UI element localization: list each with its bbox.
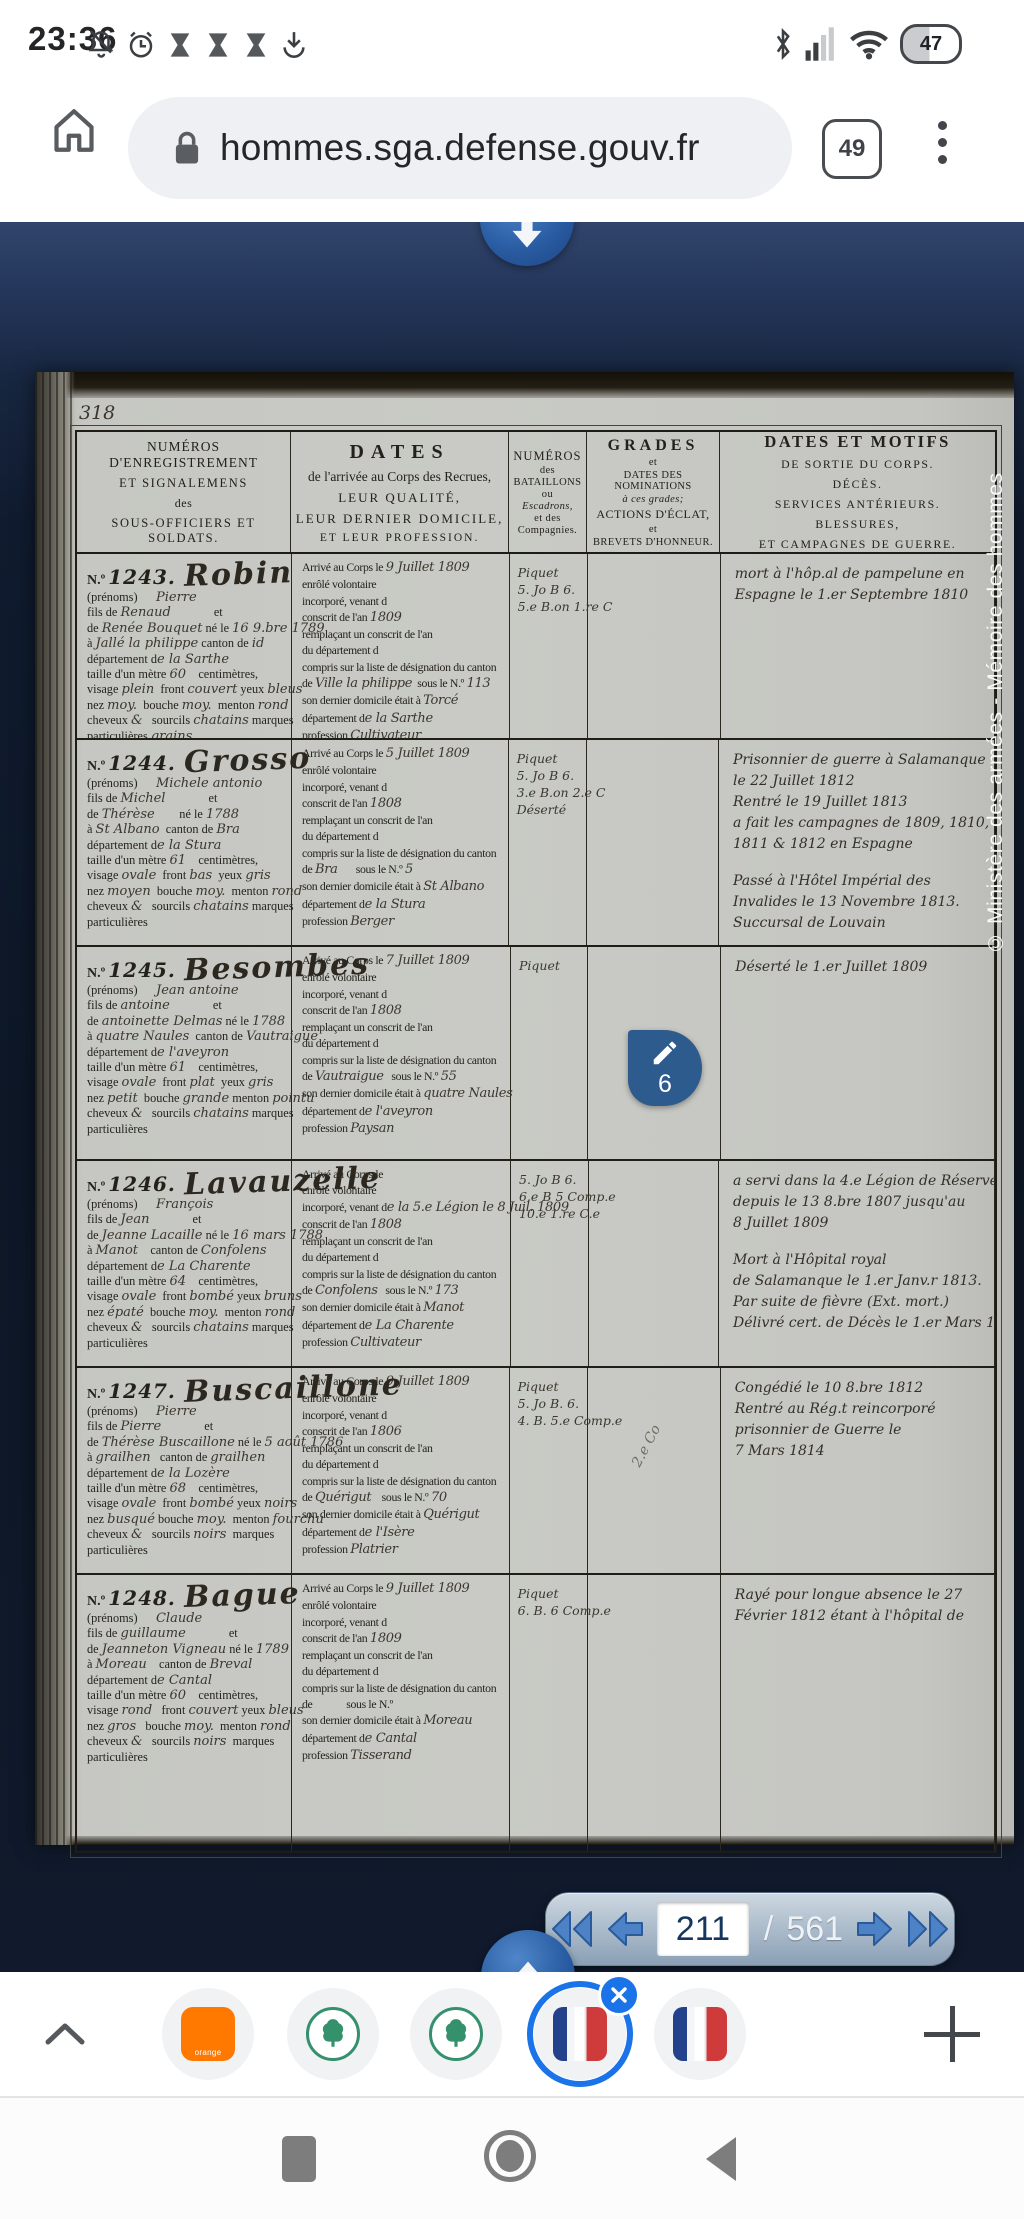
close-tab-button[interactable] <box>598 1974 640 2016</box>
printed-text: sourcils <box>143 1106 194 1120</box>
annotation-marker-button[interactable]: 6 <box>628 1030 702 1106</box>
handwritten-text: St Albano <box>423 879 484 894</box>
register-line: cheveux & sourcils chatains marques <box>87 899 287 914</box>
register-line: département de l'Isère <box>302 1524 505 1541</box>
printed-text: profession <box>302 728 350 738</box>
printed-text: taille d'un mètre <box>87 853 169 867</box>
printed-text: département d <box>302 711 365 725</box>
printed-text: et <box>161 1419 213 1433</box>
entry-heading: N.º1243.Robin <box>87 557 287 590</box>
status-bar: 23:36 <box>0 0 1024 75</box>
tab-strip: orange <box>0 1972 1024 2096</box>
header-line: DÉCÈS. <box>833 477 883 492</box>
handwritten-text: Tisserand <box>350 1748 411 1763</box>
handwritten-text: Renaud <box>120 605 170 620</box>
printed-text: conscrit de l'an <box>302 610 370 624</box>
register-line: de Bra sous le N.º 5 <box>302 861 504 878</box>
handwritten-text: id <box>252 636 264 651</box>
register-header: NUMÉROS D'ENREGISTREMENTET SIGNALEMENSde… <box>77 432 995 554</box>
notification-icons <box>86 26 308 64</box>
register-line: particulières <box>87 1543 287 1558</box>
handwritten-text: Bra <box>315 862 337 877</box>
menu-button[interactable] <box>938 121 947 164</box>
handwritten-text: Jallé la philippe <box>96 636 199 651</box>
handwritten-text: e la Stura <box>157 838 221 853</box>
home-button[interactable] <box>46 99 102 155</box>
handwritten-text: e la Sarthe <box>365 711 433 726</box>
handwritten-text: 1788 <box>206 807 239 822</box>
handwritten-text: busqué <box>107 1512 155 1527</box>
printed-text: fils de <box>87 791 120 805</box>
handwritten-text: Confolens <box>201 1243 267 1258</box>
tree-icon <box>438 2016 474 2052</box>
handwritten-note: Passé à l'Hôtel Impérial des <box>733 871 988 892</box>
printed-text: né le <box>222 1014 252 1028</box>
entry-exit-cell: Prisonnier de guerre à Salamanquele 22 J… <box>719 740 995 945</box>
printed-text: canton de <box>160 822 217 836</box>
url-text: hommes.sga.defense.gouv.fr <box>220 127 700 169</box>
printed-text: centimètres, <box>186 1481 258 1495</box>
handwritten-note: Délivré cert. de Décès le 1.er Mars 1817… <box>733 1313 988 1334</box>
register-line: cheveux & sourcils noirs marques <box>87 1734 287 1749</box>
entry-exit-cell: mort à l'hôp.al de pampelune enEspagne l… <box>721 554 995 738</box>
handwritten-text: grailhen <box>210 1450 265 1465</box>
printed-text: du département d <box>302 829 378 843</box>
register-line: de Jeanne Lacaille né le 16 mars 1788 <box>87 1228 287 1243</box>
handwritten-text: noirs <box>193 1734 226 1749</box>
printed-text: département d <box>87 1259 157 1273</box>
printed-text: particulières <box>87 1336 148 1350</box>
handwritten-text: e l'aveyron <box>365 1104 433 1119</box>
new-tab-button[interactable] <box>922 2004 982 2064</box>
printed-text: conscrit de l'an <box>302 1217 370 1231</box>
register-line: de antoinette Delmas né le 1788 <box>87 1014 287 1029</box>
recents-button[interactable] <box>282 2136 316 2182</box>
entry-number: 1246. <box>108 1172 176 1196</box>
tab-count: 49 <box>839 135 866 163</box>
register-line: cheveux & sourcils chatains marques <box>87 1320 287 1335</box>
entry-battalion-cell: Piquet5. Jo B. 6.4. B. 5.e Comp.e <box>510 1368 588 1573</box>
page-top-edge <box>35 372 1014 398</box>
printed-text: visage <box>87 1703 122 1717</box>
register-line: incorporé, venant de la 5.e Légion le 8 … <box>302 1199 506 1216</box>
printed-text: marques <box>249 713 294 727</box>
printed-text: visage <box>87 1289 122 1303</box>
printed-text: particulières <box>87 1122 148 1136</box>
handwritten-text: moy. <box>189 1305 219 1320</box>
printed-text: son dernier domicile était à <box>302 1507 423 1521</box>
alarm-icon <box>126 28 156 62</box>
handwritten-text: ovale <box>122 1075 157 1090</box>
printed-text: de <box>87 1642 102 1656</box>
register-line: département de la Stura <box>302 896 504 913</box>
printed-text: incorporé, venant d <box>302 1200 387 1214</box>
printed-text: du département d <box>302 1250 378 1264</box>
handwritten-text: Cultivateur <box>350 1335 421 1350</box>
printed-text: compris sur la liste de désignation du c… <box>302 1053 496 1067</box>
handwritten-text: 9 Juillet 1809 <box>386 560 470 575</box>
register-row: N.º1245.Besombes(prénoms) Jean antoinefi… <box>77 945 995 1159</box>
printed-text: et <box>165 791 217 805</box>
entry-exit-cell: Déserté le 1.er Juillet 1809 <box>721 947 995 1159</box>
hourglass-icon <box>242 28 270 62</box>
memoire-des-hommes-logo-icon <box>673 2007 727 2061</box>
header-col3: NUMÉROSdesBATAILLONSouEscadrons,et desCo… <box>509 432 587 552</box>
tree-icon <box>315 2016 351 2052</box>
handwritten-text: gris <box>245 868 270 883</box>
register-line: compris sur la liste de désignation du c… <box>302 845 504 861</box>
handwritten-text: e Cantal <box>365 1731 417 1746</box>
tab-thumbnail-tree-1[interactable] <box>287 1988 379 2080</box>
printed-text: nez <box>87 1719 107 1733</box>
printed-text: profession <box>302 914 350 928</box>
printed-text: son dernier domicile était à <box>302 693 423 707</box>
register-line: particulières grains <box>87 729 287 738</box>
printed-text: sous le N.º <box>412 676 466 690</box>
printed-text: nez <box>87 698 107 712</box>
register-line: incorporé, venant d <box>302 593 505 609</box>
handwritten-text: 1788 <box>252 1014 285 1029</box>
printed-text: département d <box>87 652 157 666</box>
handwritten-text: gris <box>248 1075 273 1090</box>
entry-identity-cell: N.º1248.Bague(prénoms) Claudefils de gui… <box>77 1575 292 1851</box>
last-page-button[interactable] <box>907 1909 949 1949</box>
printed-text: département d <box>302 1731 365 1745</box>
printed-text: bouche <box>138 1091 183 1105</box>
tab-counter-button[interactable]: 49 <box>822 119 882 179</box>
printed-text: bouche <box>136 1719 184 1733</box>
printed-text: compris sur la liste de désignation du c… <box>302 1267 496 1281</box>
register-line: département de la Stura <box>87 838 287 853</box>
handwritten-text: 60 <box>169 1688 186 1703</box>
header-line: BLESSURES, <box>815 517 900 532</box>
header-line: Escadrons, <box>522 501 573 512</box>
handwritten-note: 7 Mars 1814 <box>735 1441 988 1462</box>
handwritten-text: bombé <box>189 1496 234 1511</box>
handwritten-note: 3.e B.on 2.e C <box>517 784 584 801</box>
printed-text: front <box>152 1703 188 1717</box>
handwritten-text: Manot <box>423 1300 464 1315</box>
handwritten-text: gros <box>107 1719 136 1734</box>
register-line: particulières <box>87 1750 287 1765</box>
register-line: fils de Jean et <box>87 1212 287 1227</box>
handwritten-text: plat <box>189 1075 214 1090</box>
printed-text: et <box>186 1626 238 1640</box>
printed-text: né le <box>226 1642 256 1656</box>
entry-battalion-cell: Piquet6. B. 6 Comp.e <box>510 1575 588 1851</box>
register-line: remplaçant un conscrit de l'an <box>302 1647 505 1663</box>
printed-text: yeux <box>212 868 245 882</box>
printed-text: remplaçant un conscrit de l'an <box>302 1234 433 1248</box>
handwritten-note: mort à l'hôp.al de pampelune en <box>735 564 988 585</box>
address-bar[interactable]: hommes.sga.defense.gouv.fr <box>128 97 792 199</box>
entry-battalion-cell: Piquet <box>511 947 588 1159</box>
register-line: taille d'un mètre 60 centimètres, <box>87 667 287 682</box>
entry-number: 1245. <box>108 958 176 982</box>
entry-exit-cell: a servi dans la 4.e Légion de Réservedep… <box>719 1161 995 1366</box>
tab-thumbnail-tree-2[interactable] <box>410 1988 502 2080</box>
handwritten-text: rond <box>265 1305 296 1320</box>
register-line: incorporé, venant d <box>302 986 506 1002</box>
register-line: Arrivé au Corps le 9 Juillet 1809 <box>302 559 505 576</box>
bell-muted-icon <box>86 28 116 62</box>
printed-text: front <box>156 868 189 882</box>
register-line: taille d'un mètre 60 centimètres, <box>87 1688 287 1703</box>
entry-number-label: N.º <box>87 1180 105 1195</box>
register-line: remplaçant un conscrit de l'an <box>302 1440 505 1456</box>
printed-text: bouche <box>155 1512 197 1526</box>
handwritten-note: Rentré le 19 Juillet 1813 <box>733 792 988 813</box>
printed-text: de <box>87 807 102 821</box>
register-line: compris sur la liste de désignation du c… <box>302 1266 506 1282</box>
handwritten-text: St Albano <box>96 822 160 837</box>
printed-text: son dernier domicile était à <box>302 879 423 893</box>
printed-text: nez <box>87 1091 107 1105</box>
printed-text: à <box>87 822 96 836</box>
orange-logo-icon: orange <box>181 2007 235 2061</box>
printed-text: (prénoms) <box>87 1197 156 1211</box>
register-line: profession Cultivateur <box>302 1334 506 1351</box>
register-line: département de la Sarthe <box>87 652 287 667</box>
printed-text: front <box>154 682 187 696</box>
entry-surname: Bague <box>183 1576 301 1615</box>
register-line: taille d'un mètre 61 centimètres, <box>87 1060 287 1075</box>
handwritten-note: prisonnier de Guerre le <box>735 1420 988 1441</box>
printed-text: compris sur la liste de désignation du c… <box>302 846 496 860</box>
header-line: DATES <box>349 441 449 464</box>
handwritten-text: Moreau <box>423 1713 472 1728</box>
header-line: et <box>649 524 657 535</box>
handwritten-text: 55 <box>441 1069 457 1084</box>
header-line: et des <box>534 513 561 524</box>
entry-number-label: N.º <box>87 759 105 774</box>
printed-text: nez <box>87 884 107 898</box>
signal-icon <box>804 26 838 62</box>
header-line: DATES DES NOMINATIONS <box>590 470 716 492</box>
printed-text: (prénoms) <box>87 590 156 604</box>
printed-text: département d <box>87 1045 157 1059</box>
entry-number: 1243. <box>108 565 176 589</box>
printed-text: taille d'un mètre <box>87 667 169 681</box>
handwritten-note: Prisonnier de guerre à Salamanque <box>733 750 988 771</box>
previous-page-button[interactable] <box>606 1909 644 1949</box>
header-line: et <box>649 457 657 468</box>
printed-text: bouche <box>144 1305 189 1319</box>
battery-percent: 47 <box>920 33 942 56</box>
register-line: à quatre Naules canton de Vautraigue <box>87 1029 287 1044</box>
printed-text: menton <box>214 1719 260 1733</box>
printed-text: front <box>156 1075 189 1089</box>
register-line: profession Cultivateur <box>302 727 505 738</box>
printed-text: à <box>87 1657 96 1671</box>
handwritten-text: Ville la philippe <box>315 676 412 691</box>
printed-text: du département d <box>302 1664 378 1678</box>
printed-text: profession <box>302 1748 350 1762</box>
entry-surname: Robin <box>183 555 293 594</box>
entry-identity-cell: N.º1243.Robin(prénoms) Pierrefils de Ren… <box>77 554 292 738</box>
printed-text: front <box>156 1289 189 1303</box>
handwritten-text: & <box>131 1527 143 1542</box>
printed-text: centimètres, <box>186 667 258 681</box>
printed-text: département d <box>87 1673 157 1687</box>
tab-thumbnail-orange[interactable]: orange <box>162 1988 254 2080</box>
handwritten-text: & <box>131 1320 143 1335</box>
register-line: département de l'aveyron <box>302 1103 506 1120</box>
header-col2: DATESde l'arrivée au Corps des Recrues,L… <box>291 432 509 552</box>
printed-text: de <box>302 862 315 876</box>
printed-text: remplaçant un conscrit de l'an <box>302 1020 433 1034</box>
handwritten-text: quatre Naules <box>96 1029 190 1044</box>
printed-text: de <box>302 1697 315 1711</box>
entry-surname: Besombes <box>183 947 370 988</box>
register-line: département de La Charente <box>87 1259 287 1274</box>
printed-text: menton <box>212 698 258 712</box>
bluetooth-icon <box>772 26 794 62</box>
handwritten-note: Invalides le 13 Novembre 1813. <box>733 892 988 913</box>
register-line: visage ovale front plat yeux gris <box>87 1075 287 1090</box>
register-line: fils de antoine et <box>87 998 287 1013</box>
entry-number: 1248. <box>108 1586 176 1610</box>
hourglass-icon <box>204 28 232 62</box>
printed-text: de <box>302 1283 315 1297</box>
printed-text: Arrivé au Corps le <box>302 746 386 760</box>
handwritten-text: rond <box>260 1719 291 1734</box>
register-table: NUMÉROS D'ENREGISTREMENTET SIGNALEMENSde… <box>75 430 997 1853</box>
handwritten-text: Jeanneton Vigneau <box>102 1642 226 1657</box>
register-line: département de Cantal <box>87 1673 287 1688</box>
register-line: particulières <box>87 1122 287 1137</box>
entry-number-label: N.º <box>87 573 105 588</box>
page-input[interactable] <box>657 1902 749 1956</box>
register-line: conscrit de l'an 1809 <box>302 1630 505 1647</box>
handwritten-text: Pierre <box>120 1419 161 1434</box>
printed-text: son dernier domicile était à <box>302 1713 423 1727</box>
printed-text: département d <box>302 897 365 911</box>
phone-screen: 23:36 <box>0 0 1024 2219</box>
printed-text: centimètres, <box>186 853 258 867</box>
header-line: de l'arrivée au Corps des Recrues, <box>308 469 491 485</box>
printed-text: né le <box>155 807 206 821</box>
register-line: de Ville la philippe sous le N.º 113 <box>302 675 505 692</box>
handwritten-note: Par suite de fièvre (Ext. mort.) <box>733 1292 988 1313</box>
header-col1: NUMÉROS D'ENREGISTREMENTET SIGNALEMENSde… <box>77 432 291 552</box>
register-line: du département d <box>302 1456 505 1472</box>
printed-text: marques <box>226 1734 274 1748</box>
printed-text: bouche <box>137 698 182 712</box>
lock-icon <box>170 128 204 168</box>
handwritten-text: chatains <box>193 1106 249 1121</box>
register-line: fils de Michel et <box>87 791 287 806</box>
handwritten-text: 64 <box>169 1274 186 1289</box>
handwritten-text: Berger <box>350 914 394 929</box>
entry-dates-cell: Arrivé au Corps le 5 Juillet 1809enrôlé … <box>292 740 509 945</box>
register-line: taille d'un mètre 68 centimètres, <box>87 1481 287 1496</box>
printed-text: Arrivé au Corps le <box>302 1581 386 1595</box>
handwritten-text: moyen <box>107 884 151 899</box>
printed-text: yeux <box>234 1496 264 1510</box>
register-line: visage rond front couvert yeux bleus <box>87 1703 287 1718</box>
handwritten-note: 6. B. 6 Comp.e <box>518 1602 585 1619</box>
printed-text: canton de <box>138 1243 201 1257</box>
printed-text: (prénoms) <box>87 776 156 790</box>
register-line: profession Platrier <box>302 1541 505 1558</box>
register-line: du département d <box>302 828 504 844</box>
handwritten-text: guillaume <box>120 1626 185 1641</box>
handwritten-text: 173 <box>435 1283 459 1298</box>
printed-text: visage <box>87 1496 122 1510</box>
handwritten-note: a fait les campagnes de 1809, 1810, <box>733 813 988 834</box>
handwritten-text: e l'Isère <box>365 1525 415 1540</box>
handwritten-text: e l'aveyron <box>157 1045 229 1060</box>
handwritten-text: grailhen <box>96 1450 151 1465</box>
entry-battalion-cell: 5. Jo B 6.6.e B 5 Comp.e10.e 1.re C.e <box>511 1161 589 1366</box>
chevron-up-icon[interactable] <box>44 2022 86 2046</box>
handwritten-text: chatains <box>193 713 249 728</box>
printed-text: né le <box>203 1228 233 1242</box>
next-page-button[interactable] <box>856 1909 894 1949</box>
header-line: ACTIONS D'ÉCLAT, <box>596 507 709 522</box>
printed-text: compris sur la liste de désignation du c… <box>302 660 496 674</box>
printed-text: Arrivé au Corps le <box>302 560 386 574</box>
printed-text: du département d <box>302 643 378 657</box>
register-line: son dernier domicile était à Quérigut <box>302 1506 505 1523</box>
pencil-note: 2.e Co <box>629 1422 664 1469</box>
printed-text: de <box>87 621 102 635</box>
printed-text: canton de <box>189 1029 246 1043</box>
handwritten-text: 61 <box>169 853 186 868</box>
register-line: enrôlé volontaire <box>302 1597 505 1613</box>
handwritten-text: antoine <box>120 998 169 1013</box>
printed-text: canton de <box>151 1450 211 1464</box>
register-line: de Confolens sous le N.º 173 <box>302 1282 506 1299</box>
handwritten-note: Déserté le 1.er Juillet 1809 <box>735 957 988 978</box>
register-line: de Jeanneton Vigneau né le 1789 <box>87 1642 287 1657</box>
printed-text: menton <box>229 1091 272 1105</box>
handwritten-note: 4. B. 5.e Comp.e <box>518 1412 585 1429</box>
handwritten-text: moy. <box>195 884 225 899</box>
register-line: de Thérèse Buscaillone né le 5 août 1786 <box>87 1435 287 1450</box>
printed-text: sous le N.º <box>384 1069 441 1083</box>
register-line: visage ovale front bombé yeux noirs <box>87 1496 287 1511</box>
printed-text: département d <box>302 1104 365 1118</box>
printed-text: particulières <box>87 729 151 738</box>
entry-heading: N.º1245.Besombes <box>87 950 287 983</box>
printed-text: né le <box>202 621 232 635</box>
printed-text: yeux <box>238 1703 268 1717</box>
handwritten-note: Piquet <box>519 957 585 974</box>
scroll-down-button[interactable] <box>480 222 574 266</box>
tree-logo-icon <box>306 2007 360 2061</box>
register-line: enrôlé volontaire <box>302 576 505 592</box>
printed-text: son dernier domicile était à <box>302 1086 423 1100</box>
register-line: remplaçant un conscrit de l'an <box>302 812 504 828</box>
header-line: Compagnies. <box>518 525 578 536</box>
register-line: conscrit de l'an 1808 <box>302 795 504 812</box>
entry-heading: N.º1247.Buscaillone <box>87 1371 287 1404</box>
register-line: compris sur la liste de désignation du c… <box>302 1680 505 1696</box>
android-home-button[interactable] <box>484 2130 536 2182</box>
register-line: du département d <box>302 1249 506 1265</box>
register-line: taille d'un mètre 64 centimètres, <box>87 1274 287 1289</box>
printed-text: centimètres, <box>186 1274 258 1288</box>
register-line: compris sur la liste de désignation du c… <box>302 1473 505 1489</box>
printed-text: (prénoms) <box>87 1404 156 1418</box>
back-button[interactable] <box>706 2137 736 2181</box>
entry-surname: Lavauzelle <box>183 1161 381 1203</box>
register-scan-page[interactable]: 318 NUMÉROS D'ENREGISTREMENTET SIGNALEME… <box>35 372 1014 1845</box>
entry-battalion-cell: Piquet5. Jo B 6.3.e B.on 2.e CDéserté <box>509 740 587 945</box>
tab-thumbnail-mdh-2[interactable] <box>654 1988 746 2080</box>
